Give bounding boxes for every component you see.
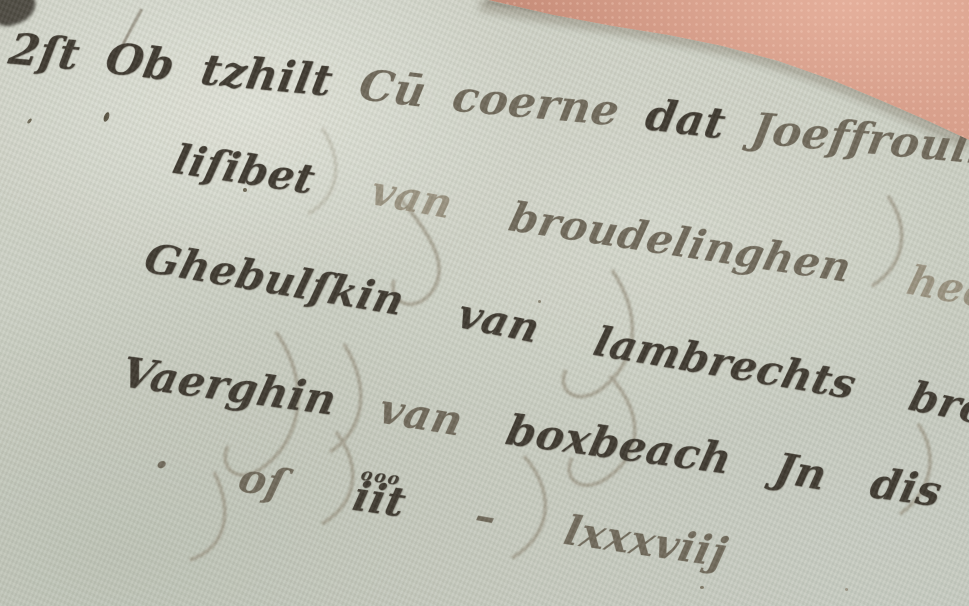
manuscript-word: dis: [866, 461, 946, 516]
manuscript-word: 2ſt: [5, 27, 83, 80]
manuscript-word: oſ: [234, 455, 290, 507]
superscript-mark: ooo: [359, 466, 403, 490]
ink-speck: [538, 300, 541, 303]
parchment: 2ſt Ob tzhilt Cū coerne dat Joeffroulkē …: [0, 0, 969, 606]
ink-speck: [845, 588, 848, 591]
ink-speck: [700, 586, 704, 589]
manuscript-word: Ob: [102, 36, 179, 91]
photo-container: 2ſt Ob tzhilt Cū coerne dat Joeffroulkē …: [0, 0, 969, 606]
manuscript-word: –: [470, 493, 502, 541]
manuscript-word: iitooo: [349, 474, 410, 525]
ink-speck: [243, 188, 247, 192]
manuscript-word: dat: [641, 92, 729, 148]
manuscript-word: Jn: [770, 445, 831, 499]
manuscript-word: Cū: [355, 62, 430, 117]
